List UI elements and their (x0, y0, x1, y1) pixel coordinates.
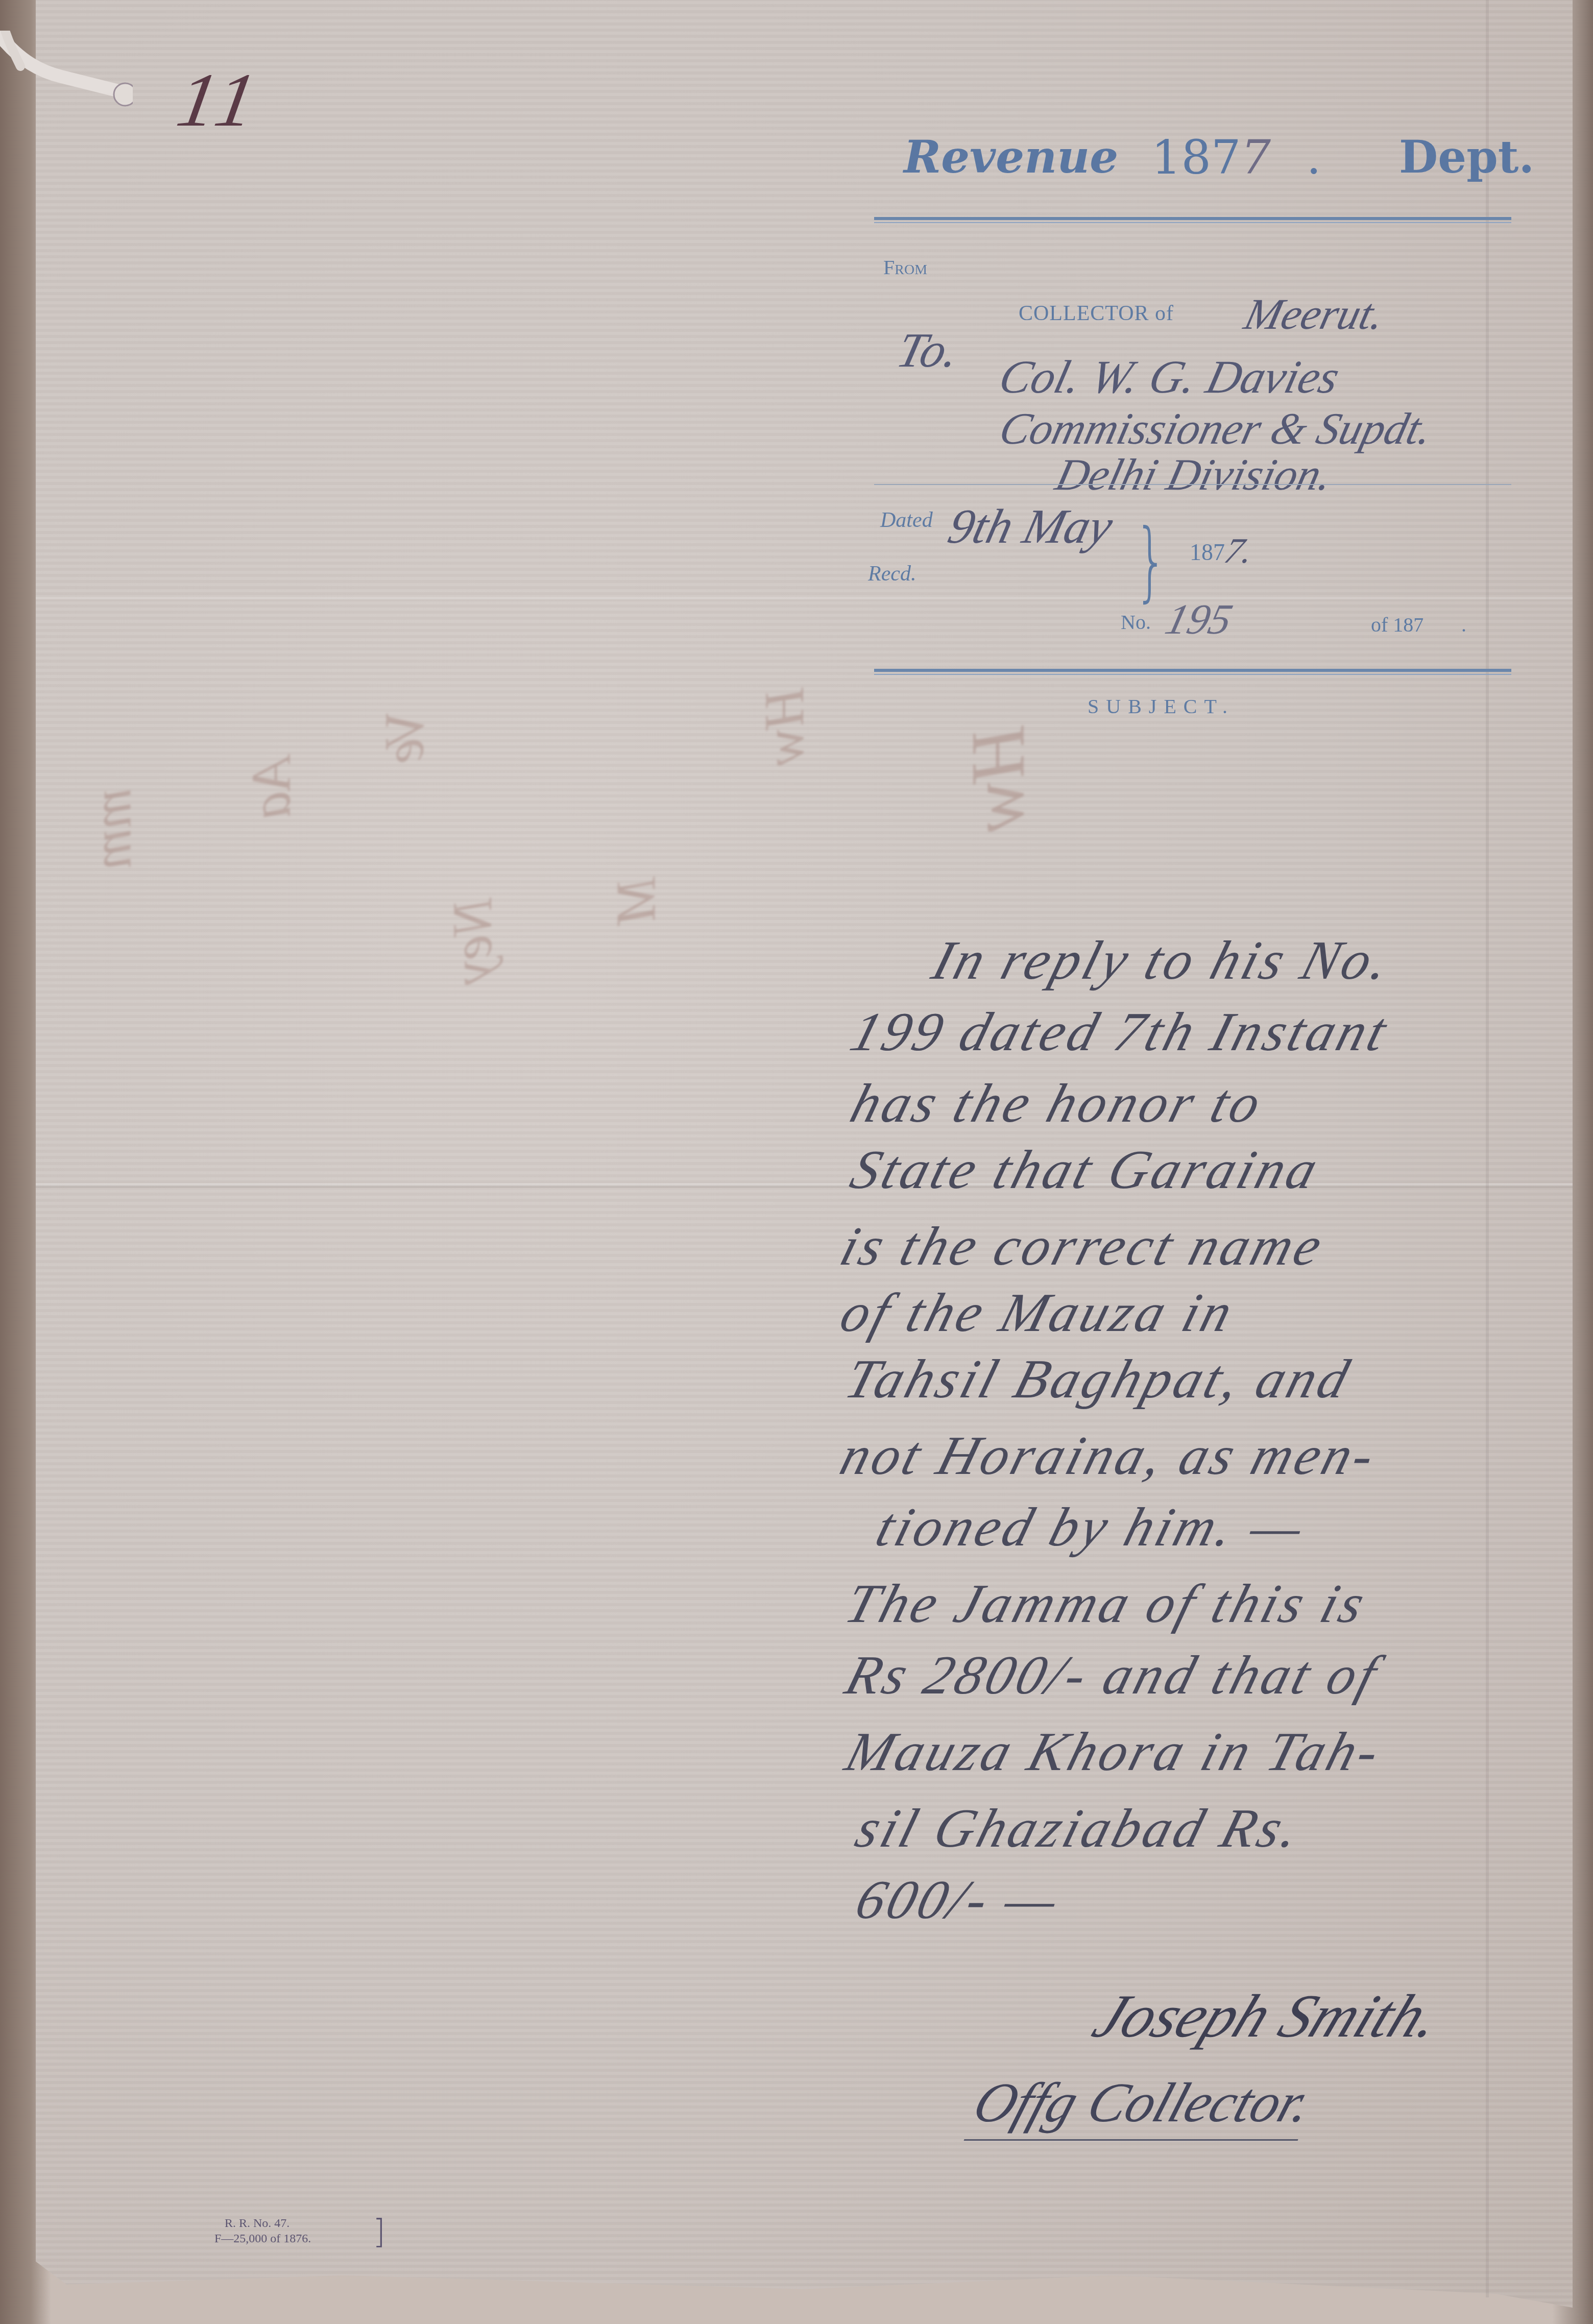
addressee-title: Commissioner & Supdt. (994, 403, 1438, 455)
body-line: not Horaina, as men- (833, 1424, 1385, 1488)
bleed-through-text: M (604, 877, 668, 924)
subject-label: SUBJECT. (1088, 694, 1235, 718)
body-line: Mauza Khora in Tah- (838, 1721, 1389, 1784)
bleed-through-text: Ney (440, 898, 505, 985)
dated-year-printed: 187 (1190, 539, 1225, 566)
paper-sheet (36, 0, 1573, 2308)
printer-imprint: R. R. No. 47. F—25,000 of 1876. (214, 2216, 311, 2246)
header-year-punct: . (1306, 130, 1321, 185)
imprint-line-2: F—25,000 of 1876. (214, 2231, 311, 2246)
header-year-printed: 187 (1151, 130, 1241, 185)
bleed-through-text: Ve (372, 711, 437, 764)
bleed-through-text: Aa (239, 757, 304, 819)
body-line: In reply to his No. (925, 929, 1399, 992)
address-rule (874, 484, 1511, 485)
of-year-label: of 187 (1371, 613, 1423, 637)
body-line: Rs 2800/- and that of (838, 1644, 1387, 1707)
body-line: of the Mauza in (833, 1281, 1242, 1345)
body-line: 600/- — (849, 1869, 1068, 1932)
body-line: tioned by him. — (869, 1496, 1313, 1559)
collector-district: Meerut. (1240, 288, 1390, 340)
paper-crease (36, 597, 1573, 599)
collector-of-label: COLLECTOR of (1019, 301, 1174, 326)
imprint-line-1: R. R. No. 47. (214, 2216, 311, 2231)
imprint-bracket-icon: ] (373, 2213, 385, 2251)
header-year: 1877 . (1151, 130, 1321, 202)
header-year-handwritten: 7 (1241, 130, 1271, 185)
folio-number: 11 (171, 56, 268, 144)
number-label: No. (1121, 610, 1151, 634)
body-line: sil Ghaziabad Rs. (849, 1797, 1310, 1860)
body-line: The Jamma of this is (838, 1572, 1374, 1636)
dept-label: Dept. (1399, 130, 1534, 202)
body-line: Tahsil Baghpat, and (838, 1348, 1359, 1411)
header-rule (874, 217, 1511, 223)
received-label: Recd. (868, 562, 916, 586)
addressee-name: Col. W. G. Davies (994, 350, 1345, 404)
body-line: State that Garaina (843, 1139, 1327, 1202)
addressee-division: Delhi Division. (1050, 449, 1338, 501)
signature-title: Offg Collector. (964, 2070, 1321, 2141)
paper-fold-horizontal (36, 1183, 1573, 1188)
paper-fold-vertical (1486, 0, 1489, 2297)
letter-number: 195 (1161, 595, 1237, 644)
dated-label: Dated (880, 508, 933, 532)
of-year-punct: . (1461, 613, 1466, 637)
signature-name: Joseph Smith. (1083, 1981, 1452, 2051)
body-line: 199 dated 7th Instant (843, 1001, 1396, 1064)
bleed-through-text: mm (80, 788, 144, 869)
department-heading: Revenue (904, 130, 1118, 202)
binding-string-icon (0, 31, 133, 112)
dated-value: 9th May (943, 498, 1119, 554)
body-line: has the honor to (843, 1072, 1271, 1135)
brace-icon: } (1135, 511, 1168, 612)
bleed-through-text: Hw (954, 726, 1042, 832)
subject-rule (874, 669, 1511, 675)
body-line: is the correct name (833, 1215, 1332, 1278)
from-label: From (883, 255, 927, 279)
bleed-through-text: Hw (752, 688, 817, 766)
